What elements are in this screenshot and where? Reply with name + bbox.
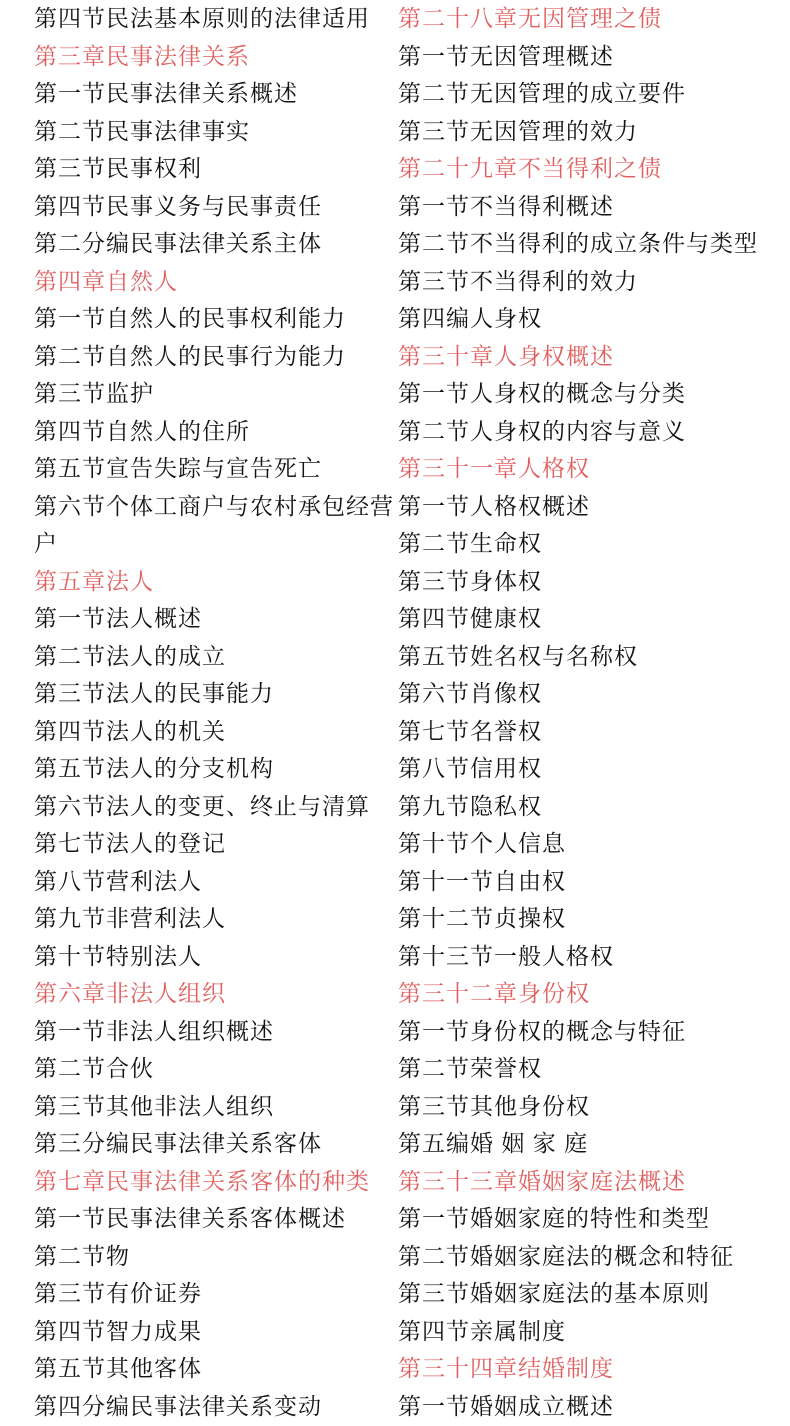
- toc-chapter-item[interactable]: 第二十八章无因管理之债: [398, 0, 790, 38]
- toc-chapter-item[interactable]: 第五章法人: [34, 563, 398, 601]
- toc-section-item[interactable]: 第八节信用权: [398, 750, 790, 788]
- toc-section-item[interactable]: 第四编人身权: [398, 300, 790, 338]
- toc-section-item[interactable]: 第四节民法基本原则的法律适用: [34, 0, 398, 38]
- toc-section-item[interactable]: 第一节无因管理概述: [398, 38, 790, 76]
- toc-section-item[interactable]: 第四节亲属制度: [398, 1313, 790, 1351]
- toc-section-item[interactable]: 第一节人格权概述: [398, 488, 790, 526]
- toc-section-item[interactable]: 第二节自然人的民事行为能力: [34, 338, 398, 376]
- toc-section-item[interactable]: 第三节其他非法人组织: [34, 1088, 398, 1126]
- toc-section-item[interactable]: 第四节智力成果: [34, 1313, 398, 1351]
- toc-section-item[interactable]: 第九节隐私权: [398, 788, 790, 826]
- table-of-contents: 第四节民法基本原则的法律适用第三章民事法律关系第一节民事法律关系概述第二节民事法…: [0, 0, 790, 1425]
- toc-section-item[interactable]: 第三节民事权利: [34, 150, 398, 188]
- toc-section-item[interactable]: 第十三节一般人格权: [398, 938, 790, 976]
- toc-section-item[interactable]: 第三节监护: [34, 375, 398, 413]
- toc-section-item[interactable]: 第二分编民事法律关系主体: [34, 225, 398, 263]
- toc-section-item[interactable]: 第二节无因管理的成立要件: [398, 75, 790, 113]
- toc-chapter-item[interactable]: 第四章自然人: [34, 263, 398, 301]
- toc-section-item[interactable]: 第三节婚姻家庭法的基本原则: [398, 1275, 790, 1313]
- toc-section-item[interactable]: 第三节身体权: [398, 563, 790, 601]
- toc-section-item[interactable]: 第三节其他身份权: [398, 1088, 790, 1126]
- toc-section-item[interactable]: 第二节婚姻家庭法的概念和特征: [398, 1238, 790, 1276]
- toc-chapter-item[interactable]: 第三章民事法律关系: [34, 38, 398, 76]
- toc-section-item[interactable]: 第一节非法人组织概述: [34, 1013, 398, 1051]
- toc-section-item[interactable]: 第一节身份权的概念与特征: [398, 1013, 790, 1051]
- toc-section-item[interactable]: 第一节民事法律关系客体概述: [34, 1200, 398, 1238]
- toc-section-item[interactable]: 第三节无因管理的效力: [398, 113, 790, 151]
- toc-section-item[interactable]: 第二节法人的成立: [34, 638, 398, 676]
- toc-chapter-item[interactable]: 第三十一章人格权: [398, 450, 790, 488]
- toc-section-item[interactable]: 第十节特别法人: [34, 938, 398, 976]
- toc-section-item[interactable]: 第一节婚姻家庭的特性和类型: [398, 1200, 790, 1238]
- toc-section-item[interactable]: 第六节肖像权: [398, 675, 790, 713]
- toc-chapter-item[interactable]: 第三十四章结婚制度: [398, 1350, 790, 1388]
- toc-section-item[interactable]: 第一节不当得利概述: [398, 188, 790, 226]
- toc-section-item[interactable]: 第六节法人的变更、终止与清算: [34, 788, 398, 826]
- toc-section-item[interactable]: 第十二节贞操权: [398, 900, 790, 938]
- toc-section-item[interactable]: 第一节法人概述: [34, 600, 398, 638]
- toc-section-item[interactable]: 第四分编民事法律关系变动: [34, 1388, 398, 1426]
- toc-section-item[interactable]: 第三分编民事法律关系客体: [34, 1125, 398, 1163]
- toc-section-item[interactable]: 第二节生命权: [398, 525, 790, 563]
- toc-section-item[interactable]: 第六节个体工商户与农村承包经营户: [34, 488, 398, 563]
- toc-section-item[interactable]: 第二节民事法律事实: [34, 113, 398, 151]
- toc-section-item[interactable]: 第八节营利法人: [34, 863, 398, 901]
- toc-section-item[interactable]: 第十节个人信息: [398, 825, 790, 863]
- toc-section-item[interactable]: 第五节其他客体: [34, 1350, 398, 1388]
- toc-section-item[interactable]: 第一节婚姻成立概述: [398, 1388, 790, 1426]
- toc-section-item[interactable]: 第五节姓名权与名称权: [398, 638, 790, 676]
- toc-column-left: 第四节民法基本原则的法律适用第三章民事法律关系第一节民事法律关系概述第二节民事法…: [34, 0, 398, 1425]
- toc-section-item[interactable]: 第二节人身权的内容与意义: [398, 413, 790, 451]
- toc-chapter-item[interactable]: 第三十三章婚姻家庭法概述: [398, 1163, 790, 1201]
- toc-section-item[interactable]: 第三节不当得利的效力: [398, 263, 790, 301]
- toc-section-item[interactable]: 第三节法人的民事能力: [34, 675, 398, 713]
- toc-section-item[interactable]: 第一节民事法律关系概述: [34, 75, 398, 113]
- toc-section-item[interactable]: 第三节有价证券: [34, 1275, 398, 1313]
- toc-section-item[interactable]: 第七节名誉权: [398, 713, 790, 751]
- toc-section-item[interactable]: 第四节健康权: [398, 600, 790, 638]
- toc-section-item[interactable]: 第二节合伙: [34, 1050, 398, 1088]
- toc-column-right: 第二十八章无因管理之债第一节无因管理概述第二节无因管理的成立要件第三节无因管理的…: [398, 0, 790, 1425]
- toc-section-item[interactable]: 第二节不当得利的成立条件与类型: [398, 225, 790, 263]
- toc-section-item[interactable]: 第九节非营利法人: [34, 900, 398, 938]
- toc-section-item[interactable]: 第五编婚 姻 家 庭: [398, 1125, 790, 1163]
- toc-chapter-item[interactable]: 第三十二章身份权: [398, 975, 790, 1013]
- toc-section-item[interactable]: 第五节宣告失踪与宣告死亡: [34, 450, 398, 488]
- toc-section-item[interactable]: 第四节法人的机关: [34, 713, 398, 751]
- toc-section-item[interactable]: 第七节法人的登记: [34, 825, 398, 863]
- toc-chapter-item[interactable]: 第六章非法人组织: [34, 975, 398, 1013]
- toc-chapter-item[interactable]: 第三十章人身权概述: [398, 338, 790, 376]
- toc-section-item[interactable]: 第一节自然人的民事权利能力: [34, 300, 398, 338]
- toc-chapter-item[interactable]: 第七章民事法律关系客体的种类: [34, 1163, 398, 1201]
- toc-section-item[interactable]: 第五节法人的分支机构: [34, 750, 398, 788]
- toc-section-item[interactable]: 第一节人身权的概念与分类: [398, 375, 790, 413]
- toc-section-item[interactable]: 第二节荣誉权: [398, 1050, 790, 1088]
- toc-section-item[interactable]: 第四节自然人的住所: [34, 413, 398, 451]
- toc-section-item[interactable]: 第二节物: [34, 1238, 398, 1276]
- toc-section-item[interactable]: 第十一节自由权: [398, 863, 790, 901]
- toc-section-item[interactable]: 第四节民事义务与民事责任: [34, 188, 398, 226]
- toc-chapter-item[interactable]: 第二十九章不当得利之债: [398, 150, 790, 188]
